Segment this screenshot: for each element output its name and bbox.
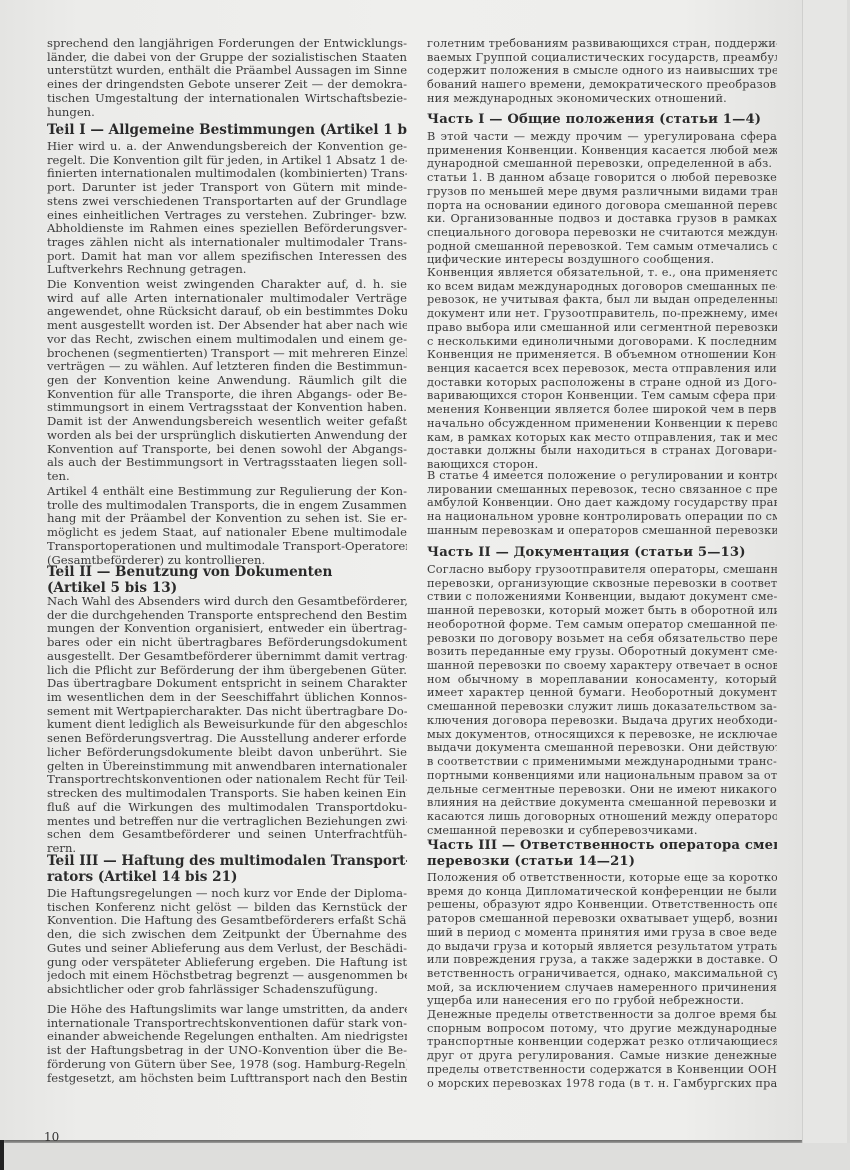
paragraph: Конвенция является обязательной, т. е., …: [427, 266, 777, 472]
text-line: варивающихся сторон Конвенции. Тем самым…: [427, 389, 777, 403]
text-line: hungen.: [47, 106, 407, 120]
text-line: бований нашего времени, демократического…: [427, 78, 777, 92]
scan-margin-bottom: [0, 1143, 850, 1170]
text-line: worden als bei der ursprünglich diskutie…: [47, 429, 407, 443]
text-line: Положения об ответственности, которые ещ…: [427, 871, 777, 885]
text-line: мых документов, относящихся к перевозке,…: [427, 728, 777, 742]
text-line: мой, за исключением случаев намеренного …: [427, 981, 777, 995]
text-line: время до конца Дипломатической конференц…: [427, 885, 777, 899]
text-line: Das übertragbare Dokument entspricht in …: [47, 677, 407, 691]
text-line: шанной перевозки по своему характеру отв…: [427, 659, 777, 673]
text-line: angewendet, ohne Rücksicht darauf, ob ei…: [47, 305, 407, 319]
text-line: Teil III — Haftung des multimodalen Tran…: [47, 853, 407, 869]
paragraph: Die Konvention weist zwingenden Charakte…: [47, 278, 407, 484]
text-line: ном обычному в мореплавании коносаменту,…: [427, 673, 777, 687]
scan-margin: [802, 0, 847, 1150]
text-line: пределы ответственности содержатся в Кон…: [427, 1063, 777, 1077]
text-line: vor das Recht, zwischen einem multimodal…: [47, 333, 407, 347]
section-heading: Teil II — Benutzung von Dokumenten(Artik…: [47, 564, 407, 596]
text-line: Damit ist der Anwendungsbereich wesentli…: [47, 415, 407, 429]
text-line: право выбора или смешанной или сегментно…: [427, 321, 777, 335]
text-line: festgesetzt, am höchsten beim Lufttransp…: [47, 1072, 407, 1086]
text-line: В этой части — между прочим — урегулиров…: [427, 130, 777, 144]
text-line: перевозки, организующие сквозные перевоз…: [427, 577, 777, 591]
text-line: начально обсужденном применении Конвенци…: [427, 417, 777, 431]
text-line: перевозки (статьи 14—21): [427, 854, 777, 870]
text-line: раторов смешанной перевозки охватывает у…: [427, 912, 777, 926]
text-line: с несколькими единоличными договорами. К…: [427, 335, 777, 349]
text-line: дународной смешанной перевозки, определе…: [427, 157, 777, 171]
section-heading: Teil I — Allgemeine Bestimmungen (Artike…: [47, 122, 407, 138]
text-line: ment ausgestellt worden ist. Der Absende…: [47, 319, 407, 333]
text-line: Часть III — Ответственность оператора см…: [427, 838, 777, 854]
text-line: решены, образуют ядро Конвенции. Ответст…: [427, 898, 777, 912]
text-line: verträgen — zu wählen. Auf letzteren fin…: [47, 360, 407, 374]
text-line: ten.: [47, 470, 407, 484]
text-line: internationale Transportrechtskonvention…: [47, 1017, 407, 1031]
text-line: кам, в рамках которых как место отправле…: [427, 431, 777, 445]
text-line: документ или нет. Грузоотправитель, по-п…: [427, 307, 777, 321]
text-line: В статье 4 имеется положение о регулиров…: [427, 469, 777, 483]
text-line: ревозки по договору возьмет на себя обяз…: [427, 632, 777, 646]
text-line: венция касается всех перевозок, места от…: [427, 362, 777, 376]
text-line: wird auf alle Arten internationaler mult…: [47, 292, 407, 306]
text-line: bares oder ein nicht übertragbares Beför…: [47, 636, 407, 650]
text-line: Die Haftungsregelungen — noch kurz vor E…: [47, 887, 407, 901]
text-line: грузов по меньшей мере двумя различными …: [427, 185, 777, 199]
text-line: Konvention auf Transporte, bei denen sow…: [47, 443, 407, 457]
paragraph: В статье 4 имеется положение о регулиров…: [427, 469, 777, 538]
text-line: смешанной перевозки и субперевозчиками.: [427, 824, 777, 838]
text-line: на национальном уровне контролировать оп…: [427, 510, 777, 524]
text-line: brochenen (segmentierten) Transport — mi…: [47, 347, 407, 361]
text-line: gelten in Übereinstimmung mit anwendbare…: [47, 760, 407, 774]
text-line: ревозок, не учитывая факта, был ли выдан…: [427, 293, 777, 307]
text-line: hang mit der Präambel der Konvention zu …: [47, 512, 407, 526]
text-line: mungen der Konvention organisiert, entwe…: [47, 622, 407, 636]
paragraph: В этой части — между прочим — урегулиров…: [427, 130, 777, 267]
text-line: о морских перевозках 1978 года (в т. н. …: [427, 1077, 777, 1091]
paragraph: Die Haftungsregelungen — noch kurz vor E…: [47, 887, 407, 997]
paragraph: Hier wird u. a. der Anwendungsbereich de…: [47, 140, 407, 277]
text-line: смешанной перевозки служит лишь доказате…: [427, 700, 777, 714]
text-line: der die durchgehenden Transporte entspre…: [47, 609, 407, 623]
section-heading: Часть II — Документация (статьи 5—13): [427, 545, 777, 561]
text-line: strecken des multimodalen Transports. Si…: [47, 787, 407, 801]
text-line: Согласно выбору грузоотправителя операто…: [427, 563, 777, 577]
text-line: port. Darunter ist jeder Transport von G…: [47, 181, 407, 195]
text-line: Часть II — Документация (статьи 5—13): [427, 545, 777, 561]
text-line: Luftverkehrs Rechnung getragen.: [47, 263, 407, 277]
paragraph: sprechend den langjährigen Forderungen d…: [47, 37, 407, 119]
text-line: als auch der Bestimmungsort in Vertragss…: [47, 456, 407, 470]
text-line: eines einheitlichen Vertrages zu versteh…: [47, 209, 407, 223]
scan-edge: [0, 1140, 4, 1170]
text-line: имеет характер ценной бумаги. Необоротны…: [427, 686, 777, 700]
text-line: портными конвенциями или национальным пр…: [427, 769, 777, 783]
text-line: möglicht es jedem Staat, auf nationaler …: [47, 526, 407, 540]
text-line: влияния на действие документа смешанной …: [427, 796, 777, 810]
text-line: лировании смешанных перевозок, тесно свя…: [427, 483, 777, 497]
paragraph: Положения об ответственности, которые ещ…: [427, 871, 777, 1008]
text-line: einander abweichende Regelungen enthalte…: [47, 1030, 407, 1044]
text-line: Конвенция является обязательной, т. е., …: [427, 266, 777, 280]
text-line: амбулой Конвенции. Оно дает каждому госу…: [427, 496, 777, 510]
text-line: tischen Konferenz nicht gelöst — bilden …: [47, 901, 407, 915]
text-line: im wesentlichen dem in der Seeschiffahrt…: [47, 691, 407, 705]
text-line: касаются лишь договорных отношений между…: [427, 810, 777, 824]
text-line: kument dient lediglich als Beweisurkunde…: [47, 718, 407, 732]
text-line: ветственность ограничивается, однако, ма…: [427, 967, 777, 981]
text-line: stens zwei verschiedenen Transportarten …: [47, 195, 407, 209]
text-line: Nach Wahl des Absenders wird durch den G…: [47, 595, 407, 609]
section-heading: Teil III — Haftung des multimodalen Tran…: [47, 853, 407, 885]
text-line: Transportrechtskonventionen oder nationa…: [47, 773, 407, 787]
text-line: ключения договора перевозки. Выдача друг…: [427, 714, 777, 728]
paragraph: голетним требованиям развивающихся стран…: [427, 37, 777, 106]
paragraph: Денежные пределы ответственности за долг…: [427, 1008, 777, 1090]
text-line: дельные сегментные перевозки. Они не име…: [427, 783, 777, 797]
text-line: licher Beförderungsdokumente bleibt davo…: [47, 746, 407, 760]
section-heading: Часть III — Ответственность оператора см…: [427, 838, 777, 870]
text-line: порта на основании единого договора смеш…: [427, 199, 777, 213]
text-line: Die Konvention weist zwingenden Charakte…: [47, 278, 407, 292]
text-line: ist der Haftungsbetrag in der UNO-Konven…: [47, 1044, 407, 1058]
paragraph: Nach Wahl des Absenders wird durch den G…: [47, 595, 407, 856]
text-line: mentes und betreffen nur die vertraglich…: [47, 815, 407, 829]
text-line: sement mit Wertpapiercharakter. Das nich…: [47, 705, 407, 719]
text-line: sprechend den langjährigen Forderungen d…: [47, 37, 407, 51]
text-line: den, die sich zwischen dem Zeitpunkt der…: [47, 928, 407, 942]
text-line: доставки должны были находиться в страна…: [427, 444, 777, 458]
text-line: Gutes und seiner Ablieferung aus dem Ver…: [47, 942, 407, 956]
text-line: специального договора перевозки не счита…: [427, 226, 777, 240]
text-line: ко всем видам международных договоров см…: [427, 280, 777, 294]
text-line: Teil I — Allgemeine Bestimmungen (Artike…: [47, 122, 407, 138]
text-line: länder, die dabei von der Gruppe der soz…: [47, 51, 407, 65]
text-line: шанным перевозкам и операторов смешанной…: [427, 524, 777, 538]
text-line: trages zählen nicht als internationaler …: [47, 236, 407, 250]
page-number: 10: [44, 1130, 59, 1144]
text-line: gung oder verspäteter Ablieferung ergebe…: [47, 956, 407, 970]
text-line: возить переданные ему грузы. Оборотный д…: [427, 645, 777, 659]
text-line: доставки которых расположены в стране од…: [427, 376, 777, 390]
text-line: ваемых Группой социалистических государс…: [427, 51, 777, 65]
text-line: или повреждения груза, а также задержки …: [427, 953, 777, 967]
text-line: шанной перевозки, который может быть в о…: [427, 604, 777, 618]
text-line: rators (Artikel 14 bis 21): [47, 869, 407, 885]
text-line: trolle des multimodalen Transports, die …: [47, 499, 407, 513]
text-line: Artikel 4 enthält eine Bestimmung zur Re…: [47, 485, 407, 499]
text-line: ший в период с момента принятия ими груз…: [427, 926, 777, 940]
text-line: tischen Umgestaltung der internationalen…: [47, 92, 407, 106]
text-line: менения Конвенции является более широкой…: [427, 403, 777, 417]
text-line: Конвенция не применяется. В объемном отн…: [427, 348, 777, 362]
text-line: Hier wird u. a. der Anwendungsbereich de…: [47, 140, 407, 154]
text-line: Konvention. Die Haftung des Gesamtbeförd…: [47, 914, 407, 928]
text-line: Часть I — Общие положения (статьи 1—4): [427, 112, 777, 128]
text-line: Transportoperationen und multimodale Tra…: [47, 540, 407, 554]
text-line: родной смешанной перевозкой. Тем самым о…: [427, 240, 777, 254]
text-line: выдачи документа смешанной перевозки. Он…: [427, 741, 777, 755]
text-line: Денежные пределы ответственности за долг…: [427, 1008, 777, 1022]
text-line: содержит положения в смысле одного из на…: [427, 64, 777, 78]
scanned-page: sprechend den langjährigen Forderungen d…: [0, 0, 802, 1140]
text-line: jedoch mit einem Höchstbetrag begrenzt —…: [47, 969, 407, 983]
text-line: Abholdienste im Rahmen eines speziellen …: [47, 222, 407, 236]
paragraph: Согласно выбору грузоотправителя операто…: [427, 563, 777, 837]
text-line: применения Конвенции. Конвенция касается…: [427, 144, 777, 158]
text-line: ущерба или нанесения его по грубой небре…: [427, 994, 777, 1008]
text-line: senen Beförderungsvertrag. Die Ausstellu…: [47, 732, 407, 746]
paragraph: Die Höhe des Haftungslimits war lange um…: [47, 1003, 407, 1085]
text-line: absichtlicher oder grob fahrlässiger Sch…: [47, 983, 407, 997]
text-line: ствии с положениями Конвенции, выдают до…: [427, 590, 777, 604]
text-line: stimmungsort in einem Vertragsstaat der …: [47, 401, 407, 415]
text-line: статьи 1. В данном абзаце говорится о лю…: [427, 171, 777, 185]
text-line: Teil II — Benutzung von Dokumenten: [47, 564, 407, 580]
text-line: finierten internationalen multimodalen (…: [47, 167, 407, 181]
text-line: regelt. Die Konvention gilt für jeden, i…: [47, 154, 407, 168]
text-line: ки. Организованные подвоз и доставка гру…: [427, 212, 777, 226]
text-line: голетним требованиям развивающихся стран…: [427, 37, 777, 51]
text-line: schen dem Gesamtbeförderer und seinen Un…: [47, 828, 407, 842]
text-line: fluß auf die Wirkungen des multimodalen …: [47, 801, 407, 815]
text-line: eines der dringendsten Gebote unserer Ze…: [47, 78, 407, 92]
text-line: port. Damit hat man vor allem spezifisch…: [47, 250, 407, 264]
text-line: Konvention für alle Transporte, die ihre…: [47, 388, 407, 402]
text-line: ния международных экономических отношени…: [427, 92, 777, 106]
text-line: Die Höhe des Haftungslimits war lange um…: [47, 1003, 407, 1017]
text-line: необоротной форме. Тем самым оператор см…: [427, 618, 777, 632]
text-line: друг от друга регулирования. Самые низки…: [427, 1049, 777, 1063]
text-line: ausgestellt. Der Gesamtbeförderer überni…: [47, 650, 407, 664]
text-line: в соответствии с применимыми международн…: [427, 755, 777, 769]
text-line: спорным вопросом потому, что другие межд…: [427, 1022, 777, 1036]
text-line: unterstützt wurden, enthält die Präambel…: [47, 64, 407, 78]
text-line: до выдачи груза и который является резул…: [427, 940, 777, 954]
text-line: (Artikel 5 bis 13): [47, 580, 407, 596]
paragraph: Artikel 4 enthält eine Bestimmung zur Re…: [47, 485, 407, 567]
text-line: gen der Konvention keine Anwendung. Räum…: [47, 374, 407, 388]
text-line: förderung von Gütern über See, 1978 (sog…: [47, 1058, 407, 1072]
section-heading: Часть I — Общие положения (статьи 1—4): [427, 112, 777, 128]
text-line: lich die Pflicht zur Beförderung der ihm…: [47, 664, 407, 678]
text-line: транспортные конвенции содержат резко от…: [427, 1035, 777, 1049]
